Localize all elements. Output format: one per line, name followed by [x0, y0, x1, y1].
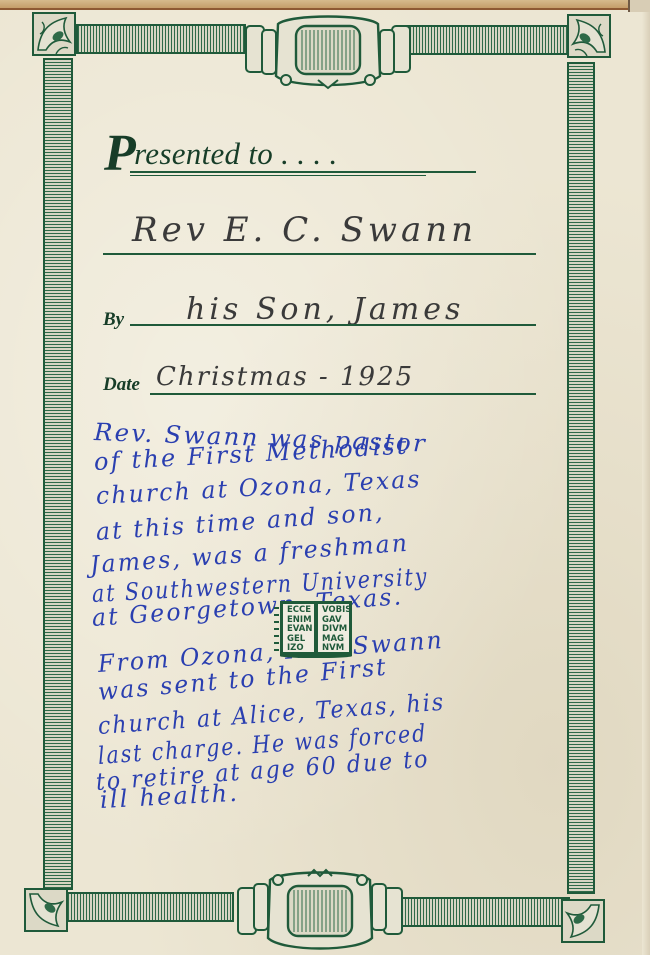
recipient-rule	[103, 253, 536, 255]
presented-rule-lower	[130, 175, 426, 176]
acanthus-corner-top-left-icon	[32, 12, 76, 56]
recipient-handwriting: Rev E. C. Swann	[132, 210, 477, 250]
date-rule	[150, 393, 536, 395]
by-rule	[130, 324, 536, 326]
paper-tab	[628, 0, 650, 12]
open-book-emblem: ECCE ENIM EVAN GEL IZO VOBIS GAV DIVM MA…	[274, 601, 354, 659]
border-bottom-left-bar	[66, 892, 234, 922]
presented-to-heading: Presented to . . . .	[104, 118, 338, 177]
book-right-page: VOBIS GAV DIVM MAG NVM	[316, 601, 352, 655]
presented-rest: resented to . . . .	[134, 136, 337, 171]
acanthus-corner-bottom-right-icon	[561, 899, 605, 943]
right-paper-edge	[642, 12, 650, 955]
bookplate-page: Presented to . . . . Rev E. C. Swann By …	[0, 0, 650, 955]
date-handwriting: Christmas - 1925	[156, 362, 414, 392]
presented-rule-upper	[130, 171, 476, 173]
border-right-bar	[567, 62, 595, 894]
border-top-right-bar	[405, 25, 575, 55]
scroll-cartouche-bottom-icon	[230, 868, 410, 955]
by-handwriting: his Son, James	[186, 292, 464, 327]
book-left-page: ECCE ENIM EVAN GEL IZO	[280, 601, 316, 655]
acanthus-corner-top-right-icon	[567, 14, 611, 58]
presented-initial: P	[104, 125, 136, 182]
border-bottom-right-bar	[400, 897, 570, 927]
date-label: Date	[103, 374, 140, 396]
border-top-left-bar	[76, 24, 246, 54]
acanthus-corner-bottom-left-icon	[24, 888, 68, 932]
note-line: ill health.	[99, 779, 240, 814]
book-page-edge-dots	[274, 607, 279, 651]
scroll-cartouche-top-icon	[238, 10, 418, 90]
border-left-bar	[43, 58, 73, 890]
top-paper-edge	[0, 0, 650, 10]
by-label: By	[103, 309, 124, 331]
book-base	[280, 653, 352, 658]
